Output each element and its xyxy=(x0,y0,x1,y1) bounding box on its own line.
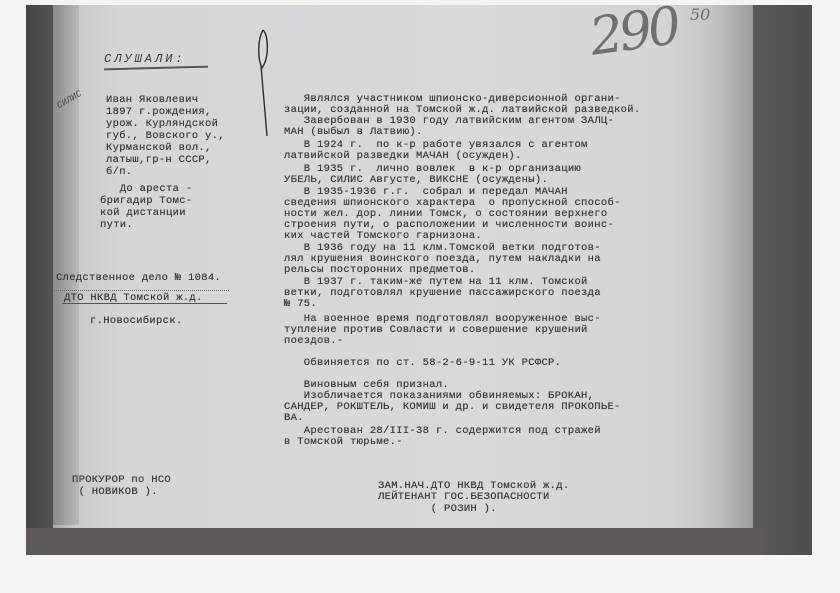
signature-line: ( РОЗИН ). xyxy=(378,503,497,515)
body-line: рельсы посторонних предметов. xyxy=(284,264,475,276)
arrest-line: в Томской тюрьме.- xyxy=(284,436,403,448)
person-line: 1897 г.рождения, xyxy=(106,106,212,118)
person-line: б/п. xyxy=(106,166,132,178)
signature-line: ЛЕЙТЕНАНТ ГОС.БЕЗОПАСНОСТИ xyxy=(378,491,550,503)
department-underline xyxy=(62,303,227,304)
body-line: ких частей Томского гарнизона. xyxy=(284,230,482,242)
body-line: МАН (выбыл в Латвию). xyxy=(284,126,423,138)
guilt-line: САНДЕР, РОКШТЕЛЬ, КОМИШ и др. и свидетел… xyxy=(284,401,621,413)
occupation-line: пути. xyxy=(100,219,133,231)
occupation-line: До ареста - xyxy=(100,183,192,195)
occupation-line: кой дистанции xyxy=(100,207,186,219)
bottom-shadow xyxy=(26,528,766,555)
case-separator xyxy=(54,290,229,291)
person-line: урож. Курляндской xyxy=(106,118,218,130)
heading-slushali: СЛУШАЛИ: xyxy=(104,52,186,66)
person-line: Иван Яковлевич xyxy=(106,94,198,106)
body-line: ветки, подготовлял крушение пассажирског… xyxy=(284,287,601,299)
person-line: латыш,гр-н СССР, xyxy=(106,154,212,166)
body-line: № 75. xyxy=(284,298,317,310)
city: г.Новосибирск. xyxy=(90,315,182,327)
prosecutor-line: ( НОВИКОВ ). xyxy=(72,486,158,498)
handwritten-margin-mark-icon xyxy=(255,28,275,138)
page-fold-shadow xyxy=(53,5,79,525)
handwritten-page-number: 290 xyxy=(586,0,681,68)
body-line: латвийской разведки МАЧАН (осужден). xyxy=(284,150,522,162)
person-line: Курманской вол., xyxy=(106,142,212,154)
guilt-line: ВА. xyxy=(284,412,304,424)
occupation-line: бригадир Томс- xyxy=(100,195,192,207)
case-number: Следственное дело № 1084. xyxy=(56,272,221,284)
prosecutor-line: ПРОКУРОР по НСО xyxy=(72,474,171,486)
charge-article: Обвиняется по ст. 58-2-6-9-11 УК РСФСР. xyxy=(284,357,561,369)
body-line: УБЕЛЬ, СИЛИС Августе, ВИКСНЕ (осуждены). xyxy=(284,174,548,186)
person-line: губ., Вовского у., xyxy=(106,130,225,142)
wartime-line: поездов.- xyxy=(284,335,343,347)
handwritten-page-number-sup: 50 xyxy=(690,5,710,24)
